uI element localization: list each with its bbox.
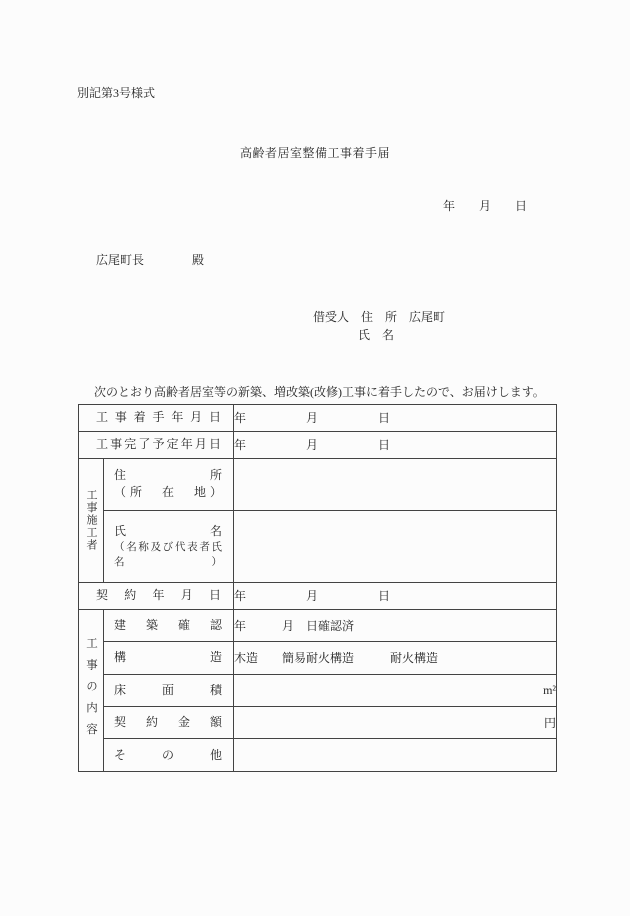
- start-date-label: 工事着手年月日: [79, 409, 233, 426]
- applicant-name-line: 氏 名: [313, 326, 445, 344]
- building-confirmation-value-cell: 年 月 日確認済: [234, 609, 557, 641]
- other-value-cell: [234, 739, 557, 772]
- row-end-date: 工事完了予定年月日 年 月 日: [79, 431, 557, 458]
- contractor-group-label: 工事施工者: [83, 489, 99, 552]
- building-confirmation-label-cell: 建築確認: [104, 609, 234, 641]
- contract-amount-value-cell: 円: [234, 707, 557, 739]
- floor-area-value-cell: m²: [234, 674, 557, 706]
- row-building-confirmation: 工事の内容 建築確認 年 月 日確認済: [79, 609, 557, 641]
- contract-amount-label: 契約金額: [104, 714, 233, 731]
- other-label: その他: [104, 747, 233, 764]
- other-label-cell: その他: [104, 739, 234, 772]
- content-group-label: 工事の内容: [83, 637, 99, 745]
- intro-sentence: 次のとおり高齢者居室等の新築、増改築(改修)工事に着手したので、お届けします。: [94, 383, 545, 400]
- structure-label-cell: 構造: [104, 642, 234, 674]
- row-contract-amount: 契約金額 円: [79, 707, 557, 739]
- form-number: 別記第3号様式: [77, 84, 155, 101]
- contract-amount-label-cell: 契約金額: [104, 707, 234, 739]
- row-contract-date: 契約年月日 年 月 日: [79, 582, 557, 609]
- row-floor-area: 床面積 m²: [79, 674, 557, 706]
- contractor-address-label-cell: 住所 （所 在 地）: [104, 458, 234, 510]
- applicant-address-line: 借受人 住 所 広尾町: [313, 308, 445, 326]
- document-title: 高齢者居室整備工事着手届: [0, 144, 630, 161]
- row-contractor-name: 氏名 （名称及び代表者氏名）: [79, 511, 557, 583]
- construction-form-table: 工事着手年月日 年 月 日 工事完了予定年月日 年 月 日 工事施工者 住所 （…: [78, 404, 557, 772]
- structure-value-cell: 木造 簡易耐火構造 耐火構造: [234, 642, 557, 674]
- contractor-name-sublabel: （名称及び代表者氏名）: [104, 540, 233, 570]
- end-date-label: 工事完了予定年月日: [79, 436, 233, 453]
- start-date-value-cell: 年 月 日: [234, 405, 557, 432]
- row-contractor-address: 工事施工者 住所 （所 在 地）: [79, 458, 557, 510]
- addressee-line: 広尾町長 殿: [96, 251, 204, 268]
- contractor-address-sublabel: （所 在 地）: [104, 484, 233, 501]
- row-start-date: 工事着手年月日 年 月 日: [79, 405, 557, 432]
- document-page: 別記第3号様式 高齢者居室整備工事着手届 年 月 日 広尾町長 殿 借受人 住 …: [0, 0, 630, 916]
- row-structure: 構造 木造 簡易耐火構造 耐火構造: [79, 642, 557, 674]
- contractor-name-value-cell: [234, 511, 557, 583]
- applicant-block: 借受人 住 所 広尾町 氏 名: [313, 308, 445, 344]
- structure-label: 構造: [104, 649, 233, 666]
- contractor-name-label-cell: 氏名 （名称及び代表者氏名）: [104, 511, 234, 583]
- contractor-address-label: 住所: [104, 467, 233, 484]
- floor-area-label-cell: 床面積: [104, 674, 234, 706]
- contract-date-label-cell: 契約年月日: [79, 582, 234, 609]
- date-line: 年 月 日: [443, 197, 527, 214]
- contract-date-value-cell: 年 月 日: [234, 582, 557, 609]
- contractor-group-cell: 工事施工者: [79, 458, 104, 582]
- content-group-cell: 工事の内容: [79, 609, 104, 771]
- building-confirmation-label: 建築確認: [104, 617, 233, 634]
- contractor-name-label: 氏名: [104, 523, 233, 540]
- contract-date-label: 契約年月日: [79, 587, 233, 604]
- contractor-address-value-cell: [234, 458, 557, 510]
- floor-area-label: 床面積: [104, 682, 233, 699]
- row-other: その他: [79, 739, 557, 772]
- end-date-value-cell: 年 月 日: [234, 431, 557, 458]
- start-date-label-cell: 工事着手年月日: [79, 405, 234, 432]
- end-date-label-cell: 工事完了予定年月日: [79, 431, 234, 458]
